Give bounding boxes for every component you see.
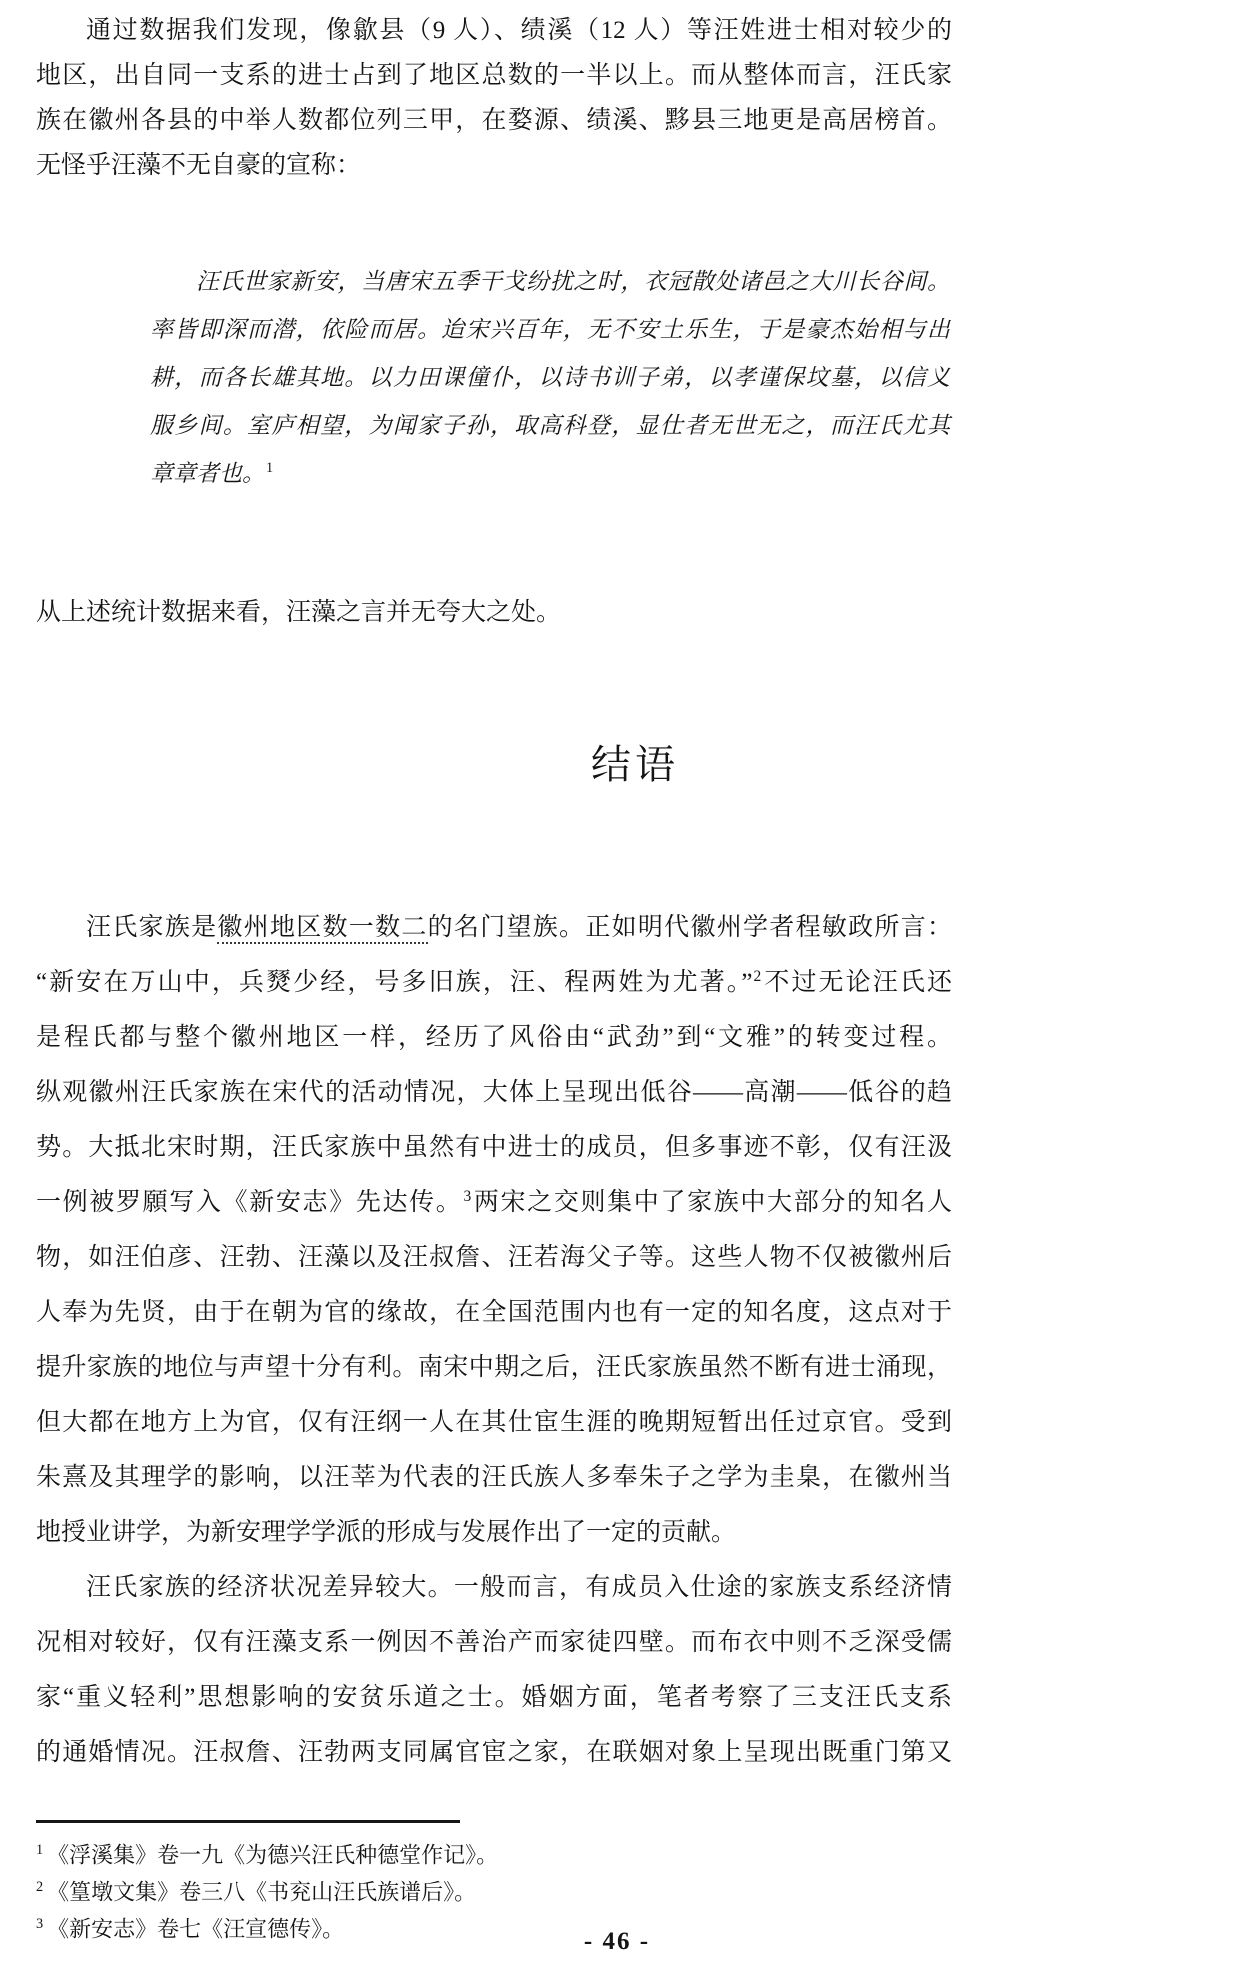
text-segment: 耕，而各长雄其地。以力田课僮仆，以诗书训子弟，以孝谨保坟墓，以信义 (150, 365, 950, 390)
text-line: 率皆即深而潜，依险而居。迨宋兴百年，无不安土乐生，于是豪杰始相与出 (150, 306, 950, 354)
document-page: 通过数据我们发现，像歙县（9 人）、绩溪（12 人）等汪姓进士相对较少的地区，出… (0, 0, 1246, 1976)
text-segment: 从上述统计数据来看，汪藻之言并无夸大之处。 (36, 599, 561, 626)
text-line: 通过数据我们发现，像歙县（9 人）、绩溪（12 人）等汪姓进士相对较少的 (36, 8, 952, 53)
text-segment: 物，如汪伯彦、汪勃、汪藻以及汪叔詹、汪若海父子等。这些人物不仅被徽州后 (36, 1244, 952, 1271)
footnote: 1《浮溪集》卷一九《为德兴汪氏种德堂作记》。 (36, 1832, 952, 1869)
footnote-text: 《篁墩文集》卷三八《书兖山汪氏族谱后》。 (47, 1879, 476, 1904)
after-quote-paragraph: 从上述统计数据来看，汪藻之言并无夸大之处。 (36, 590, 952, 636)
text-segment: 人奉为先贤，由于在朝为官的缘故，在全国范围内也有一定的知名度，这点对于 (36, 1299, 952, 1326)
text-segment: 汪氏世家新安，当唐宋五季干戈纷扰之时，衣冠散处诸邑之大川长谷间。 (196, 269, 950, 294)
text-segment: 汪氏家族是 (86, 914, 217, 941)
text-segment: 地授业讲学，为新安理学学派的形成与发展作出了一定的贡献。 (36, 1519, 736, 1546)
text-segment: 不过无论汪氏还 (762, 969, 952, 996)
text-line: 势。大抵北宋时期，汪氏家族中虽然有中进士的成员，但多事迹不彰，仅有汪汲 (36, 1120, 952, 1175)
text-line: 物，如汪伯彦、汪勃、汪藻以及汪叔詹、汪若海父子等。这些人物不仅被徽州后 (36, 1230, 952, 1285)
text-line: 的通婚情况。汪叔詹、汪勃两支同属官宦之家，在联姻对象上呈现出既重门第又 (36, 1725, 952, 1780)
section-heading: 结语 (12, 733, 1246, 790)
text-segment: 无怪乎汪藻不无自豪的宣称： (36, 152, 361, 179)
text-line: 汪氏家族的经济状况差异较大。一般而言，有成员入仕途的家族支系经济情 (36, 1560, 952, 1615)
text-segment: 况相对较好，仅有汪藻支系一例因不善治产而家徒四壁。而布衣中则不乏深受儒 (36, 1629, 952, 1656)
page-number: - 46 - (0, 1928, 1240, 1956)
text-segment: 朱熹及其理学的影响，以汪莘为代表的汪氏族人多奉朱子之学为圭臬，在徽州当 (36, 1464, 952, 1491)
text-line: 地区，出自同一支系的进士占到了地区总数的一半以上。而从整体而言，汪氏家 (36, 53, 952, 98)
footnote: 2《篁墩文集》卷三八《书兖山汪氏族谱后》。 (36, 1869, 952, 1906)
text-line: 章章者也。1 (150, 450, 950, 498)
text-segment: 一例被罗願写入《新安志》先达传。 (36, 1189, 462, 1216)
footnote-marker: 2 (36, 1879, 43, 1895)
text-segment: 通过数据我们发现，像歙县（9 人）、绩溪（12 人）等汪姓进士相对较少的 (86, 17, 952, 44)
block-quote: 汪氏世家新安，当唐宋五季干戈纷扰之时，衣冠散处诸邑之大川长谷间。率皆即深而潜，依… (150, 258, 950, 498)
text-line: 汪氏家族是徽州地区数一数二的名门望族。正如明代徽州学者程敏政所言： (36, 900, 952, 955)
text-line: 提升家族的地位与声望十分有利。南宋中期之后，汪氏家族虽然不断有进士涌现， (36, 1340, 952, 1395)
text-line: 家“重义轻利”思想影响的安贫乐道之士。婚姻方面，笔者考察了三支汪氏支系 (36, 1670, 952, 1725)
text-line: 族在徽州各县的中举人数都位列三甲，在婺源、绩溪、黟县三地更是高居榜首。 (36, 98, 952, 143)
text-segment: “新安在万山中，兵燹少经，号多旧族，汪、程两姓为尤著。” (36, 969, 753, 996)
text-segment: 章章者也。 (150, 461, 265, 486)
footnote-separator (36, 1820, 460, 1823)
text-segment: 的通婚情况。汪叔詹、汪勃两支同属官宦之家，在联姻对象上呈现出既重门第又 (36, 1739, 952, 1766)
text-segment: 但大都在地方上为官，仅有汪纲一人在其仕宦生涯的晚期短暂出任过京官。受到 (36, 1409, 952, 1436)
text-line: 朱熹及其理学的影响，以汪莘为代表的汪氏族人多奉朱子之学为圭臬，在徽州当 (36, 1450, 952, 1505)
text-line: 况相对较好，仅有汪藻支系一例因不善治产而家徒四壁。而布衣中则不乏深受儒 (36, 1615, 952, 1670)
text-segment: 汪氏家族的经济状况差异较大。一般而言，有成员入仕途的家族支系经济情 (86, 1574, 952, 1601)
text-segment: 族在徽州各县的中举人数都位列三甲，在婺源、绩溪、黟县三地更是高居榜首。 (36, 107, 952, 134)
text-line: 无怪乎汪藻不无自豪的宣称： (36, 143, 952, 188)
text-line: 耕，而各长雄其地。以力田课僮仆，以诗书训子弟，以孝谨保坟墓，以信义 (150, 354, 950, 402)
text-line: 但大都在地方上为官，仅有汪纲一人在其仕宦生涯的晚期短暂出任过京官。受到 (36, 1395, 952, 1450)
text-segment: 两宋之交则集中了家族中大部分的知名人 (472, 1189, 952, 1216)
text-segment: 是程氏都与整个徽州地区一样，经历了风俗由“武劲”到“文雅”的转变过程。 (36, 1024, 952, 1051)
intro-paragraph: 通过数据我们发现，像歙县（9 人）、绩溪（12 人）等汪姓进士相对较少的地区，出… (36, 8, 952, 188)
footnote-text: 《浮溪集》卷一九《为德兴汪氏种德堂作记》。 (47, 1842, 498, 1867)
text-segment: 提升家族的地位与声望十分有利。南宋中期之后，汪氏家族虽然不断有进士涌现， (36, 1354, 952, 1381)
text-line: 一例被罗願写入《新安志》先达传。3两宋之交则集中了家族中大部分的知名人 (36, 1175, 952, 1230)
text-line: 地授业讲学，为新安理学学派的形成与发展作出了一定的贡献。 (36, 1505, 952, 1560)
text-segment: 地区，出自同一支系的进士占到了地区总数的一半以上。而从整体而言，汪氏家 (36, 62, 952, 89)
text-line: 服乡间。室庐相望，为闻家子孙，取高科登，显仕者无世无之，而汪氏尤其 (150, 402, 950, 450)
text-segment: 势。大抵北宋时期，汪氏家族中虽然有中进士的成员，但多事迹不彰，仅有汪汲 (36, 1134, 952, 1161)
text-segment: 纵观徽州汪氏家族在宋代的活动情况，大体上呈现出低谷——高潮——低谷的趋 (36, 1079, 952, 1106)
footnotes: 1《浮溪集》卷一九《为德兴汪氏种德堂作记》。2《篁墩文集》卷三八《书兖山汪氏族谱… (36, 1832, 952, 1943)
body-paragraphs: 汪氏家族是徽州地区数一数二的名门望族。正如明代徽州学者程敏政所言：“新安在万山中… (36, 900, 952, 1780)
footnote-marker: 1 (36, 1842, 43, 1858)
text-line: 汪氏世家新安，当唐宋五季干戈纷扰之时，衣冠散处诸邑之大川长谷间。 (150, 258, 950, 306)
footnote-ref: 2 (754, 968, 762, 985)
footnote-ref: 1 (266, 460, 273, 476)
text-line: 从上述统计数据来看，汪藻之言并无夸大之处。 (36, 590, 952, 636)
text-segment: 率皆即深而潜，依险而居。迨宋兴百年，无不安土乐生，于是豪杰始相与出 (150, 317, 950, 342)
text-line: 纵观徽州汪氏家族在宋代的活动情况，大体上呈现出低谷——高潮——低谷的趋 (36, 1065, 952, 1120)
text-segment: 家“重义轻利”思想影响的安贫乐道之士。婚姻方面，笔者考察了三支汪氏支系 (36, 1684, 952, 1711)
emphasized-text: 徽州地区数一数二 (217, 914, 427, 944)
text-segment: 的名门望族。正如明代徽州学者程敏政所言： (428, 914, 952, 941)
footnote-ref: 3 (463, 1188, 471, 1205)
text-line: 人奉为先贤，由于在朝为官的缘故，在全国范围内也有一定的知名度，这点对于 (36, 1285, 952, 1340)
text-segment: 服乡间。室庐相望，为闻家子孙，取高科登，显仕者无世无之，而汪氏尤其 (150, 413, 950, 438)
text-line: 是程氏都与整个徽州地区一样，经历了风俗由“武劲”到“文雅”的转变过程。 (36, 1010, 952, 1065)
text-line: “新安在万山中，兵燹少经，号多旧族，汪、程两姓为尤著。”2不过无论汪氏还 (36, 955, 952, 1010)
